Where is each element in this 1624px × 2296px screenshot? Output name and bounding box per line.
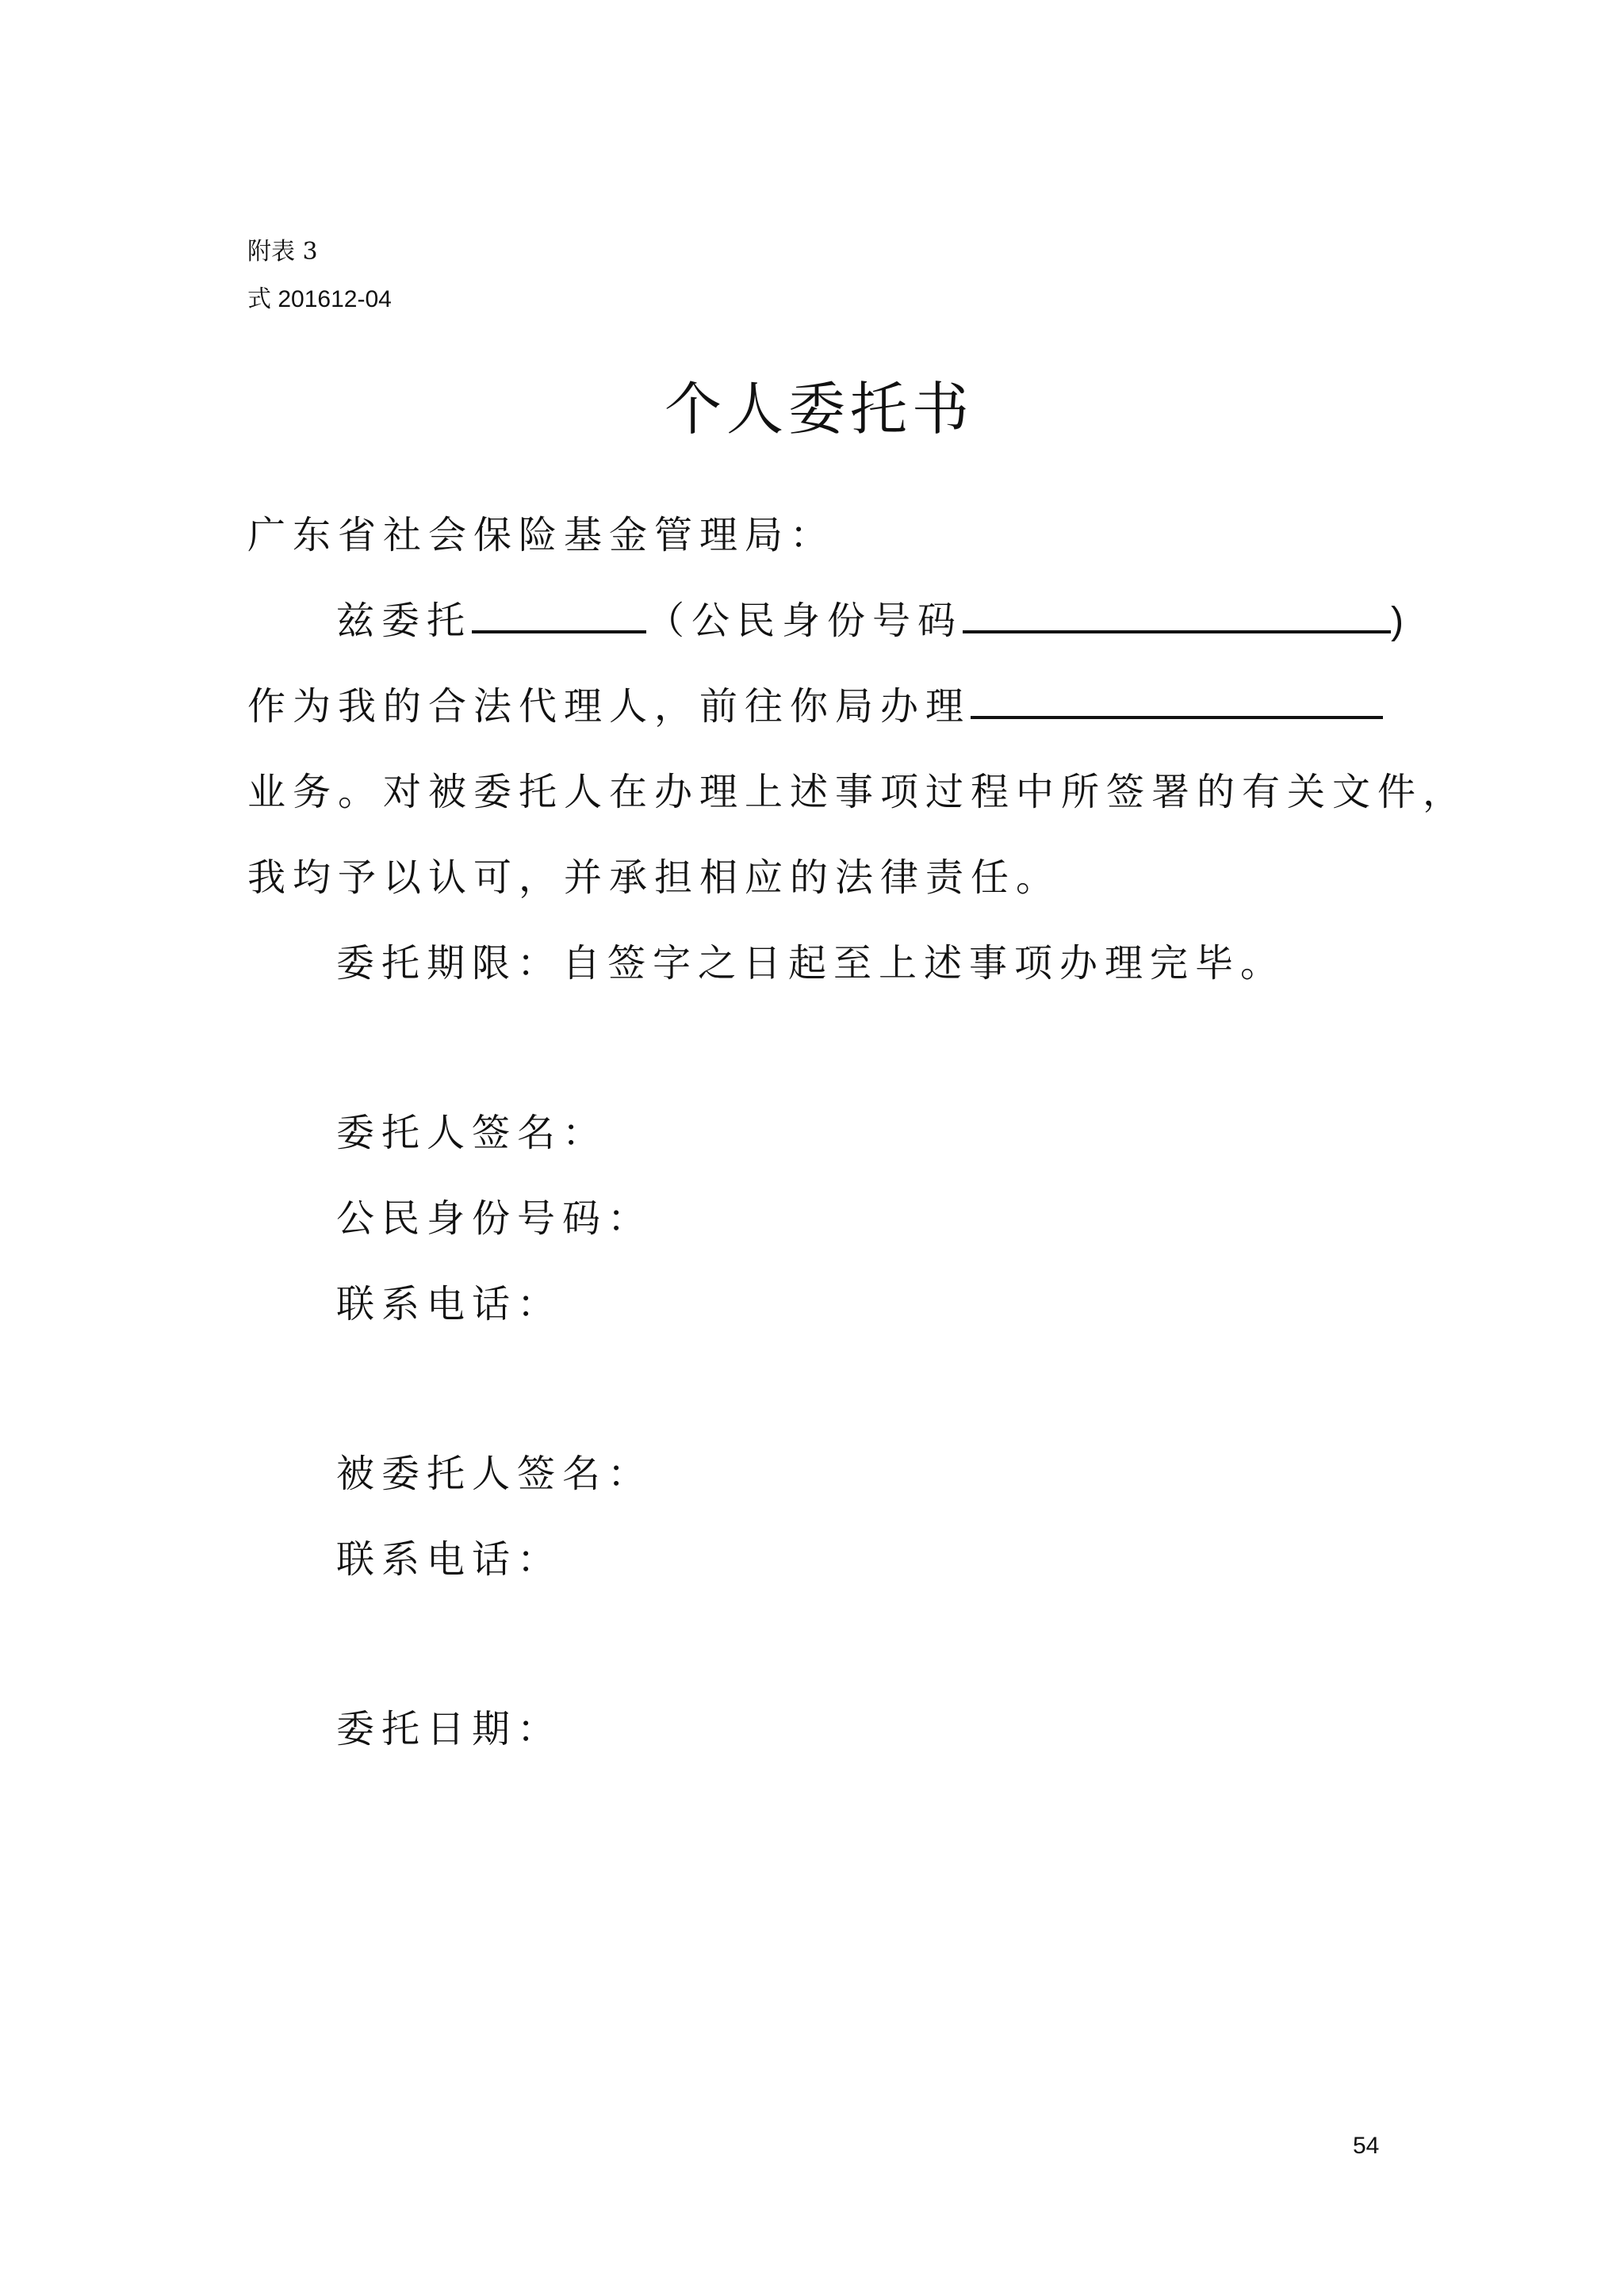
business-blank[interactable] bbox=[971, 684, 1383, 719]
agent-purpose-text: 作为我的合法代理人，前往你局办理 bbox=[247, 684, 971, 729]
body-line-4: 我均予以认可，并承担相应的法律责任。 bbox=[247, 847, 1061, 901]
agent-id-blank[interactable] bbox=[963, 599, 1391, 633]
term-line: 委托期限：自签字之日起至上述事项办理完毕。 bbox=[336, 932, 1285, 987]
principal-phone-label: 联系电话： bbox=[336, 1273, 562, 1328]
body-line-2: 作为我的合法代理人，前往你局办理 bbox=[247, 675, 1383, 730]
appendix-label: 附表 3 bbox=[247, 232, 318, 266]
addressee: 广东省社会保险基金管理局： bbox=[247, 504, 835, 559]
form-code-number: 201612-04 bbox=[278, 286, 391, 312]
agent-signature-label: 被委托人签名： bbox=[336, 1443, 653, 1498]
agent-phone-label: 联系电话： bbox=[336, 1529, 562, 1583]
agent-name-blank[interactable] bbox=[472, 599, 646, 633]
principal-id-label: 公民身份号码： bbox=[336, 1188, 653, 1242]
close-paren: ) bbox=[1391, 600, 1411, 642]
entrust-date-label: 委托日期： bbox=[336, 1698, 562, 1753]
id-number-label: （公民身份号码 bbox=[646, 599, 963, 643]
document-title: 个人委托书 bbox=[665, 363, 974, 446]
entrust-prefix: 兹委托 bbox=[336, 599, 472, 643]
page-number: 54 bbox=[1353, 2133, 1379, 2160]
body-line-1: 兹委托（公民身份号码) bbox=[336, 590, 1411, 645]
principal-signature-label: 委托人签名： bbox=[336, 1102, 607, 1157]
form-code: 式 201612-04 bbox=[247, 279, 392, 314]
form-code-prefix: 式 bbox=[247, 286, 271, 312]
body-line-3: 业务。对被委托人在办理上述事项过程中所签署的有关文件， bbox=[247, 761, 1468, 816]
